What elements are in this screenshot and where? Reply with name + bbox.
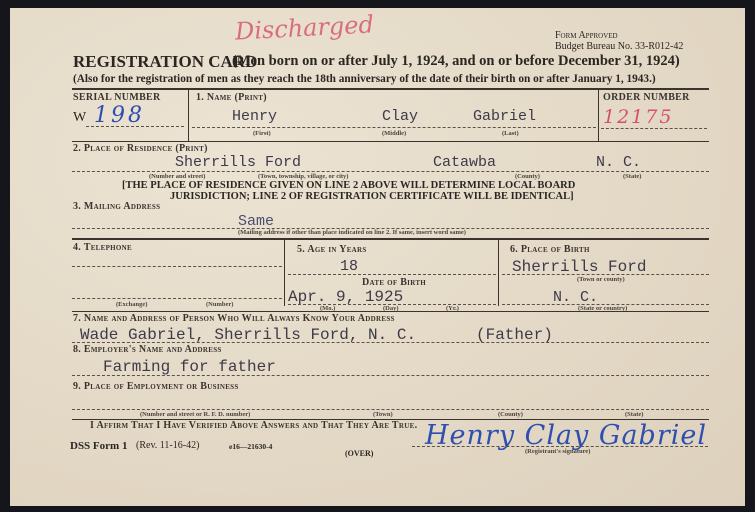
serial-number-value[interactable]: 198 bbox=[94, 103, 145, 128]
form-title-note: (Men born on or after July 1, 1924, and … bbox=[232, 53, 680, 70]
birthplace-label: 6. Place of Birth bbox=[510, 244, 590, 255]
name-label: 1. Name (Print) bbox=[196, 92, 267, 103]
age-label: 5. Age in Years bbox=[297, 244, 367, 255]
employer-value[interactable]: Farming for father bbox=[103, 358, 276, 376]
first-caption: (First) bbox=[253, 130, 271, 137]
form-approved: Form Approved bbox=[555, 30, 618, 41]
over-note: (OVER) bbox=[345, 449, 373, 458]
order-number-value[interactable]: 12175 bbox=[603, 106, 673, 128]
serial-number-label: SERIAL NUMBER bbox=[73, 92, 161, 103]
residence-notice-line2: JURISDICTION; LINE 2 OF REGISTRATION CER… bbox=[170, 191, 574, 202]
residence-notice-line1: [THE PLACE OF RESIDENCE GIVEN ON LINE 2 … bbox=[122, 180, 575, 191]
date-of-birth-label: Date of Birth bbox=[362, 277, 426, 288]
mailing-address-caption: (Mailing address if other than place ind… bbox=[238, 229, 466, 236]
age-value[interactable]: 18 bbox=[340, 258, 358, 275]
form-revision: (Rev. 11-16-42) bbox=[136, 440, 199, 451]
form-subtitle: (Also for the registration of men as the… bbox=[73, 73, 656, 85]
affirmation-text: I Affirm That I Have Verified Above Answ… bbox=[90, 420, 417, 431]
budget-bureau-number: Budget Bureau No. 33-R012-42 bbox=[555, 41, 683, 52]
employment-caption-county: (County) bbox=[498, 411, 523, 418]
residence-caption-street: (Number and street) bbox=[149, 173, 205, 180]
last-caption: (Last) bbox=[502, 130, 519, 137]
form-id: DSS Form 1 bbox=[70, 440, 127, 452]
residence-town[interactable]: Sherrills Ford bbox=[175, 154, 301, 171]
residence-caption-state: (State) bbox=[623, 173, 641, 180]
birthplace-town-caption: (Town or county) bbox=[577, 276, 625, 283]
employment-label: 9. Place of Employment or Business bbox=[73, 381, 239, 392]
serial-prefix: W bbox=[73, 110, 86, 126]
first-name[interactable]: Henry bbox=[232, 108, 277, 125]
discharged-stamp: Discharged bbox=[234, 10, 374, 45]
mailing-address-label: 3. Mailing Address bbox=[73, 201, 160, 212]
print-code: e16—21630-4 bbox=[229, 442, 272, 451]
middle-caption: (Middle) bbox=[382, 130, 406, 137]
registration-card: Discharged Form Approved Budget Bureau N… bbox=[10, 8, 745, 506]
middle-name[interactable]: Clay bbox=[382, 108, 418, 125]
residence-caption-county: (County) bbox=[515, 173, 540, 180]
employment-caption-state: (State) bbox=[625, 411, 643, 418]
residence-caption-town: (Town, township, village, or city) bbox=[258, 173, 348, 180]
telephone-label: 4. Telephone bbox=[73, 242, 132, 253]
residence-county[interactable]: Catawba bbox=[433, 154, 496, 171]
order-number-label: ORDER NUMBER bbox=[603, 92, 690, 103]
residence-label: 2. Place of Residence (Print) bbox=[73, 143, 208, 154]
telephone-caption-number: (Number) bbox=[206, 301, 233, 308]
residence-state[interactable]: N. C. bbox=[596, 154, 641, 171]
telephone-caption-exchange: (Exchange) bbox=[116, 301, 147, 308]
contact-label: 7. Name and Address of Person Who Will A… bbox=[73, 313, 395, 324]
signature-caption: (Registrant's signature) bbox=[525, 448, 590, 455]
employment-caption-town: (Town) bbox=[373, 411, 393, 418]
last-name[interactable]: Gabriel bbox=[473, 108, 536, 125]
employer-label: 8. Employer's Name and Address bbox=[73, 344, 222, 355]
employment-caption-street: (Number and street or R. F. D. number) bbox=[140, 411, 250, 418]
form-title: REGISTRATION CARD bbox=[73, 52, 257, 72]
